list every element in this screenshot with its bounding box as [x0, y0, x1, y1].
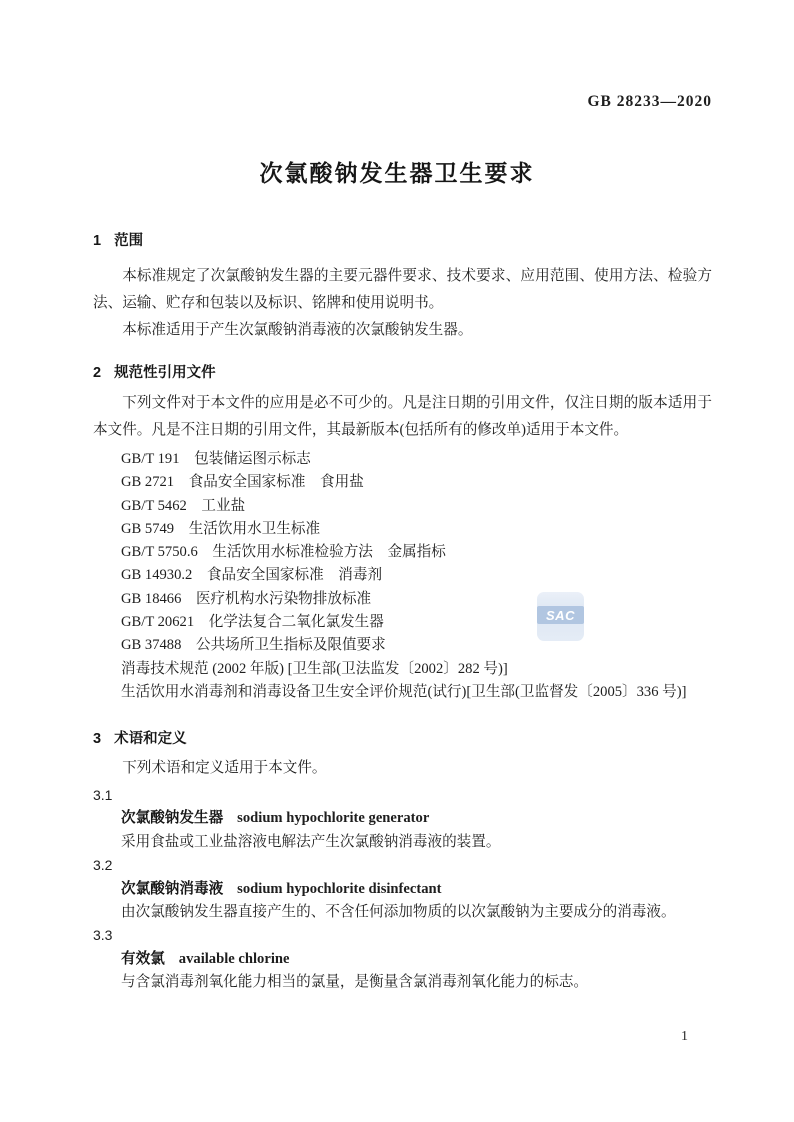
section-2-intro: 下列文件对于本文件的应用是必不可少的。凡是注日期的引用文件，仅注日期的版本适用于…	[93, 390, 712, 444]
section-1-heading: 1范围	[93, 229, 143, 250]
section-3-heading: 3术语和定义	[93, 727, 187, 748]
reference-item: GB 18466 医疗机构水污染物排放标准	[121, 588, 721, 611]
term-number: 3.2	[93, 854, 712, 877]
term-english: available chlorine	[179, 951, 290, 967]
scope-paragraph-1: 本标准规定了次氯酸钠发生器的主要元器件要求、技术要求、应用范围、使用方法、检验方…	[93, 263, 712, 317]
reference-item: 生活饮用水消毒剂和消毒设备卫生安全评价规范(试行)[卫生部(卫监督发〔2005〕…	[121, 681, 721, 704]
terms-and-definitions: 3.1 次氯酸钠发生器sodium hypochlorite generator…	[93, 784, 712, 995]
section-2-title: 规范性引用文件	[114, 365, 216, 381]
reference-item: GB 2721 食品安全国家标准 食用盐	[121, 471, 721, 494]
term-definition: 与含氯消毒剂氧化能力相当的氯量，是衡量含氯消毒剂氧化能力的标志。	[93, 971, 712, 994]
reference-item: GB/T 191 包装储运图示标志	[121, 448, 721, 471]
reference-item: GB/T 5462 工业盐	[121, 495, 721, 518]
reference-item: 消毒技术规范 (2002 年版) [卫生部(卫法监发〔2002〕282 号)]	[121, 658, 721, 681]
terms-intro-paragraph: 下列术语和定义适用于本文件。	[93, 755, 712, 782]
term-english: sodium hypochlorite generator	[237, 810, 429, 826]
reference-item: GB/T 20621 化学法复合二氧化氯发生器	[121, 611, 721, 634]
term-chinese: 次氯酸钠发生器	[121, 810, 223, 826]
sac-watermark-text: SAC	[546, 608, 575, 623]
section-1-number: 1	[93, 233, 101, 249]
section-3-title: 术语和定义	[114, 731, 187, 747]
page-number: 1	[681, 1029, 688, 1045]
normative-references-list: GB/T 191 包装储运图示标志 GB 2721 食品安全国家标准 食用盐 G…	[121, 448, 721, 704]
section-3-number: 3	[93, 731, 101, 747]
term-definition: 采用食盐或工业盐溶液电解法产生次氯酸钠消毒液的装置。	[93, 831, 712, 854]
term-number: 3.3	[93, 924, 712, 947]
reference-item: GB 5749 生活饮用水卫生标准	[121, 518, 721, 541]
term-title: 有效氯available chlorine	[93, 948, 712, 971]
term-chinese: 次氯酸钠消毒液	[121, 881, 223, 897]
term-title: 次氯酸钠发生器sodium hypochlorite generator	[93, 807, 712, 830]
sac-watermark-band: SAC	[537, 606, 584, 624]
document-title: 次氯酸钠发生器卫生要求	[0, 155, 794, 188]
scope-paragraph-2: 本标准适用于产生次氯酸钠消毒液的次氯酸钠发生器。	[93, 317, 712, 344]
term-block: 3.3 有效氯available chlorine 与含氯消毒剂氧化能力相当的氯…	[93, 924, 712, 994]
reference-item: GB 14930.2 食品安全国家标准 消毒剂	[121, 564, 721, 587]
section-1-title: 范围	[114, 233, 143, 249]
term-english: sodium hypochlorite disinfectant	[237, 881, 441, 897]
section-3-intro: 下列术语和定义适用于本文件。	[93, 755, 712, 782]
reference-item: GB 37488 公共场所卫生指标及限值要求	[121, 634, 721, 657]
standard-code: GB 28233—2020	[587, 93, 712, 111]
section-2-number: 2	[93, 365, 101, 381]
references-intro-paragraph: 下列文件对于本文件的应用是必不可少的。凡是注日期的引用文件，仅注日期的版本适用于…	[93, 390, 712, 444]
term-title: 次氯酸钠消毒液sodium hypochlorite disinfectant	[93, 878, 712, 901]
term-block: 3.1 次氯酸钠发生器sodium hypochlorite generator…	[93, 784, 712, 854]
term-chinese: 有效氯	[121, 951, 165, 967]
document-page: GB 28233—2020 次氯酸钠发生器卫生要求 1范围 本标准规定了次氯酸钠…	[0, 0, 794, 1122]
term-block: 3.2 次氯酸钠消毒液sodium hypochlorite disinfect…	[93, 854, 712, 924]
section-1-body: 本标准规定了次氯酸钠发生器的主要元器件要求、技术要求、应用范围、使用方法、检验方…	[93, 263, 712, 344]
reference-item: GB/T 5750.6 生活饮用水标准检验方法 金属指标	[121, 541, 721, 564]
sac-watermark-logo: SAC	[537, 592, 584, 641]
term-definition: 由次氯酸钠发生器直接产生的、不含任何添加物质的以次氯酸钠为主要成分的消毒液。	[93, 901, 712, 924]
term-number: 3.1	[93, 784, 712, 807]
section-2-heading: 2规范性引用文件	[93, 361, 216, 382]
